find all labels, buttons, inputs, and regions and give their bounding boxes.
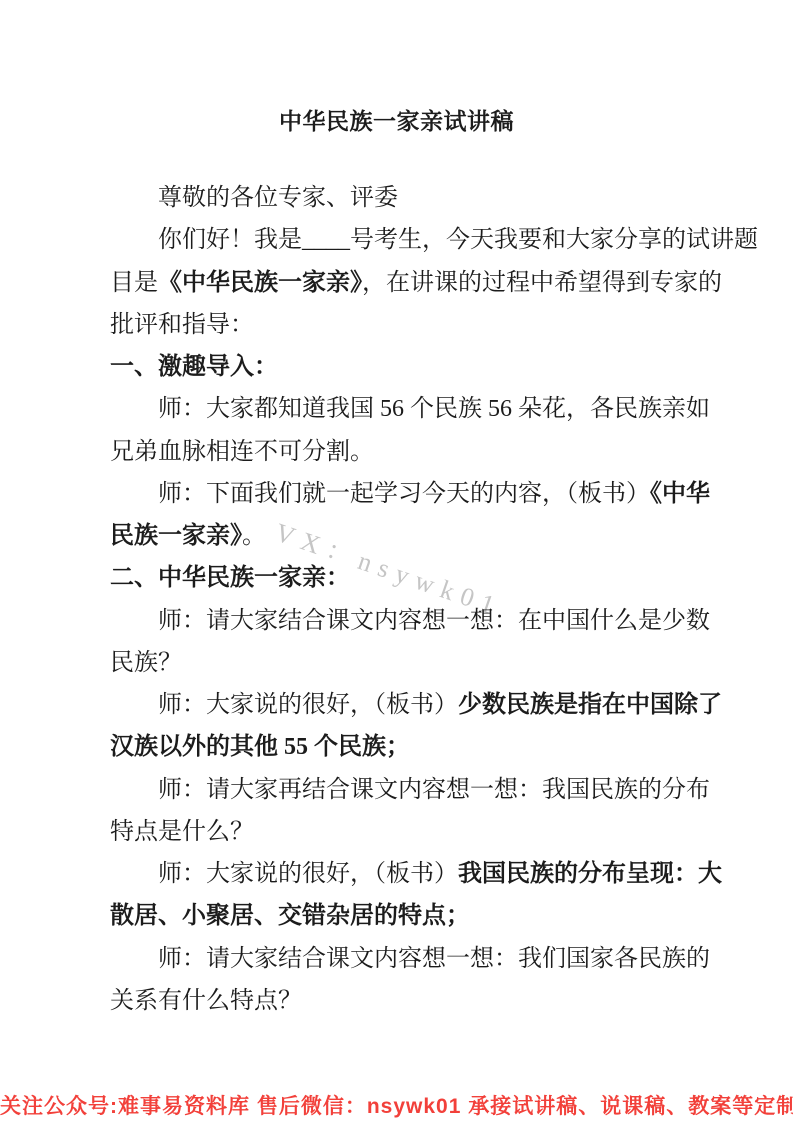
text-run: 兄弟血脉相连不可分割。: [110, 439, 374, 465]
text-run: 尊敬的各位专家、评委: [158, 185, 398, 211]
section-heading: 一、激趣导入：: [110, 346, 710, 388]
text-run-bold: 我国民族的分布呈现：大: [458, 861, 722, 887]
document-page: 中华民族一家亲试讲稿 VX：nsywk01 尊敬的各位专家、评委 你们好！我是_…: [0, 0, 793, 1122]
document-body: 尊敬的各位专家、评委 你们好！我是____号考生，今天我要和大家分享的试讲题 目…: [110, 177, 710, 1022]
text-run-bold: 少数民族是指在中国除了: [458, 692, 722, 718]
text-run: 师：下面我们就一起学习今天的内容，（板书）: [158, 481, 650, 507]
text-line: 师：大家说的很好，（板书）少数民族是指在中国除了: [110, 684, 710, 726]
text-run-bold: 汉族以外的其他 55 个民族；: [110, 734, 410, 760]
text-line: 尊敬的各位专家、评委: [110, 177, 710, 219]
document-title: 中华民族一家亲试讲稿: [0, 103, 793, 136]
text-line: 目是《中华民族一家亲》，在讲课的过程中希望得到专家的: [110, 262, 710, 304]
text-run: 师：请大家结合课文内容想一想：在中国什么是少数: [158, 608, 710, 634]
text-run: 师：大家说的很好，（板书）: [158, 692, 458, 718]
text-line: 师：下面我们就一起学习今天的内容，（板书）《中华: [110, 473, 710, 515]
text-run: 批评和指导：: [110, 312, 254, 338]
text-line: 特点是什么？: [110, 811, 710, 853]
text-line: 师：请大家结合课文内容想一想：我们国家各民族的: [110, 938, 710, 980]
text-run-bold: 《中华民族一家亲》: [158, 270, 362, 296]
text-line: 师：请大家结合课文内容想一想：在中国什么是少数: [110, 600, 710, 642]
section-heading: 二、中华民族一家亲：: [110, 557, 710, 599]
text-run-bold: 《中华: [650, 481, 710, 507]
text-line: 师：大家说的很好，（板书）我国民族的分布呈现：大: [110, 853, 710, 895]
text-run: 。: [242, 523, 266, 549]
text-line: 散居、小聚居、交错杂居的特点；: [110, 895, 710, 937]
text-run: 民族？: [110, 650, 182, 676]
text-line: 你们好！我是____号考生，今天我要和大家分享的试讲题: [110, 219, 710, 261]
text-run: 师：请大家结合课文内容想一想：我们国家各民族的: [158, 946, 710, 972]
text-line: 民族？: [110, 642, 710, 684]
text-line: 师：大家都知道我国 56 个民族 56 朵花，各民族亲如: [110, 388, 710, 430]
text-line: 师：请大家再结合课文内容想一想：我国民族的分布: [110, 769, 710, 811]
text-run-bold: 民族一家亲》: [110, 523, 242, 549]
text-run-bold: 散居、小聚居、交错杂居的特点；: [110, 903, 470, 929]
text-line: 民族一家亲》。: [110, 515, 710, 557]
text-run: 师：大家说的很好，（板书）: [158, 861, 458, 887]
text-line: 汉族以外的其他 55 个民族；: [110, 726, 710, 768]
text-run: 特点是什么？: [110, 819, 254, 845]
text-run: 关系有什么特点？: [110, 988, 302, 1014]
text-line: 批评和指导：: [110, 304, 710, 346]
text-run: 师：请大家再结合课文内容想一想：我国民族的分布: [158, 777, 710, 803]
promo-footer: 关注公众号:难事易资料库 售后微信：nsywk01 承接试讲稿、说课稿、教案等定…: [0, 1090, 793, 1120]
text-run: ，在讲课的过程中希望得到专家的: [362, 270, 722, 296]
text-line: 关系有什么特点？: [110, 980, 710, 1022]
text-line: 兄弟血脉相连不可分割。: [110, 431, 710, 473]
text-run-bold: 二、中华民族一家亲：: [110, 565, 350, 591]
text-run: 目是: [110, 270, 158, 296]
text-run: 你们好！我是____号考生，今天我要和大家分享的试讲题: [158, 227, 758, 253]
text-run-bold: 一、激趣导入：: [110, 354, 278, 380]
text-run: 师：大家都知道我国 56 个民族 56 朵花，各民族亲如: [158, 396, 710, 422]
